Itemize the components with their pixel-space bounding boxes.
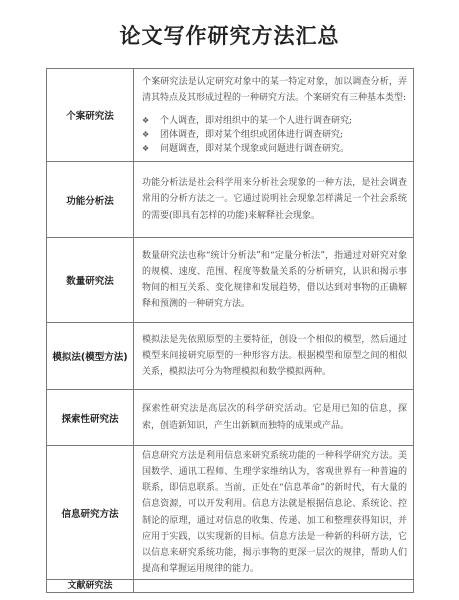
method-name: 模拟法(模型方法): [47, 323, 134, 390]
list-item: ❖ 问题调查，即对某个现象或问题进行调查研究。: [142, 142, 407, 156]
method-description: [134, 580, 414, 593]
list-item-text: 团体调查，即对某个组织或团体进行调查研究;: [160, 128, 343, 142]
case-study-types-list: ❖ 个人调查，即对组织中的某一个人进行调查研究; ❖ 团体调查，即对某个组织或团…: [142, 114, 407, 156]
method-description-cell: 个案研究法是认定研究对象中的某一特定对象，加以调查分析，弄清其特点及其形成过程的…: [134, 69, 414, 162]
method-description: 个案研究法是认定研究对象中的某一特定对象，加以调查分析，弄清其特点及其形成过程的…: [142, 74, 407, 106]
table-row-quantitative: 数量研究法 数量研究法也称“统计分析法”和“定量分析法”，指通过对研究对象的规模…: [47, 238, 414, 323]
method-name: 信息研究方法: [47, 446, 134, 580]
table-row-literature: 文献研究法: [47, 580, 414, 593]
diamond-bullet-icon: ❖: [142, 114, 160, 128]
table-row-information: 信息研究方法 信息研究方法是利用信息来研究系统功能的一种科学研究方法。美国数学、…: [47, 446, 414, 580]
table-row-simulation: 模拟法(模型方法) 模拟法是先依照原型的主要特征，创设一个相似的模型，然后通过模…: [47, 323, 414, 390]
method-name: 功能分析法: [47, 162, 134, 238]
document-title: 论文写作研究方法汇总: [0, 20, 459, 50]
diamond-bullet-icon: ❖: [142, 128, 160, 142]
method-description: 数量研究法也称“统计分析法”和“定量分析法”，指通过对研究对象的规模、速度、范围…: [134, 238, 414, 323]
list-item: ❖ 个人调查，即对组织中的某一个人进行调查研究;: [142, 114, 407, 128]
table-row-functional-analysis: 功能分析法 功能分析法是社会科学用来分析社会现象的一种方法，是社会调查常用的分析…: [47, 162, 414, 238]
list-item: ❖ 团体调查，即对某个组织或团体进行调查研究;: [142, 128, 407, 142]
method-description: 探索性研究法是高层次的科学研究活动。它是用已知的信息，探索，创造新知识，产生出新…: [134, 390, 414, 446]
method-name: 个案研究法: [47, 69, 134, 162]
method-name: 文献研究法: [47, 580, 134, 593]
method-description: 信息研究方法是利用信息来研究系统功能的一种科学研究方法。美国数学、通讯工程师、生…: [134, 446, 414, 580]
method-description: 功能分析法是社会科学用来分析社会现象的一种方法，是社会调查常用的分析方法之一。它…: [134, 162, 414, 238]
method-name: 数量研究法: [47, 238, 134, 323]
method-name: 探索性研究法: [47, 390, 134, 446]
research-methods-table: 个案研究法 个案研究法是认定研究对象中的某一特定对象，加以调查分析，弄清其特点及…: [46, 68, 414, 593]
diamond-bullet-icon: ❖: [142, 142, 160, 156]
table-row-case-study: 个案研究法 个案研究法是认定研究对象中的某一特定对象，加以调查分析，弄清其特点及…: [47, 69, 414, 162]
list-item-text: 问题调查，即对某个现象或问题进行调查研究。: [160, 142, 349, 156]
list-item-text: 个人调查，即对组织中的某一个人进行调查研究;: [160, 114, 352, 128]
method-description: 模拟法是先依照原型的主要特征，创设一个相似的模型，然后通过模型来间接研究原型的一…: [134, 323, 414, 390]
table-row-exploratory: 探索性研究法 探索性研究法是高层次的科学研究活动。它是用已知的信息，探索，创造新…: [47, 390, 414, 446]
